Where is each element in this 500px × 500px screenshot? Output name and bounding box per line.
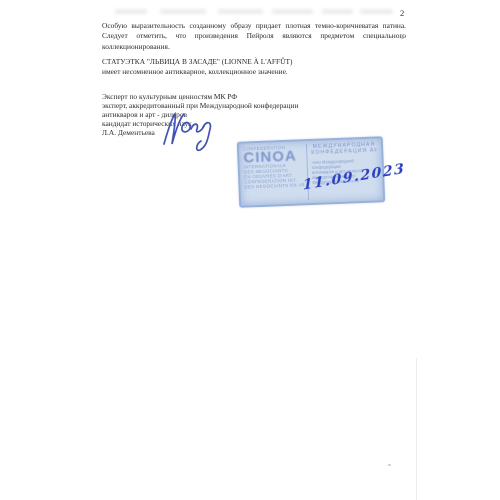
signatory-name: Л.А. Дементьева (102, 128, 362, 137)
paragraph-line: коллекционирования. (102, 42, 406, 52)
stamp-header-line: КОНФЕДЕРАЦИЯ АНТИКВАРОВ (311, 148, 377, 157)
paragraph-line: Особую выразительность созданному образу… (102, 21, 406, 31)
stamp-left-block: CONFEDERATION CINOA INTERNATIONALE DES N… (243, 144, 309, 202)
expert-stamp: CONFEDERATION CINOA INTERNATIONALE DES N… (237, 136, 385, 208)
scan-streak (272, 9, 313, 14)
signatory-block: Эксперт по культурным ценностям МК РФ эк… (102, 92, 362, 137)
scan-speck (401, 36, 404, 39)
signatory-line: Эксперт по культурным ценностям МК РФ (102, 92, 362, 101)
handwritten-signature (158, 110, 222, 152)
body-paragraph: Особую выразительность созданному образу… (102, 21, 406, 52)
scan-streak (115, 9, 147, 14)
scan-streak (360, 9, 393, 14)
statement-block: СТАТУЭТКА "ЛЬВИЦА В ЗАСАДЕ" (LIONNE À L'… (102, 57, 432, 77)
page-number: 2 (400, 8, 404, 18)
scan-streak (218, 9, 263, 14)
stamp-text-line: DES NEGOCIANTS EN ART (244, 183, 304, 190)
scan-streak (160, 9, 206, 14)
signatory-line: антикваров и арт - дилеров (102, 110, 362, 119)
scan-page-edge (416, 358, 417, 500)
document-page: 2 Особую выразительность созданному обра… (0, 0, 500, 500)
artwork-title: СТАТУЭТКА "ЛЬВИЦА В ЗАСАДЕ" (LIONNE À L'… (102, 57, 432, 67)
statement-conclusion: имеет несомненное антикварное, коллекцио… (102, 67, 432, 77)
scan-speck (388, 464, 391, 466)
paragraph-line: Следует отметить, что произведения Пейро… (102, 31, 406, 41)
scan-streak (322, 9, 353, 14)
signatory-line: эксперт, аккредитованный при Международн… (102, 101, 362, 110)
signatory-line: кандидат исторических наук (102, 119, 362, 128)
